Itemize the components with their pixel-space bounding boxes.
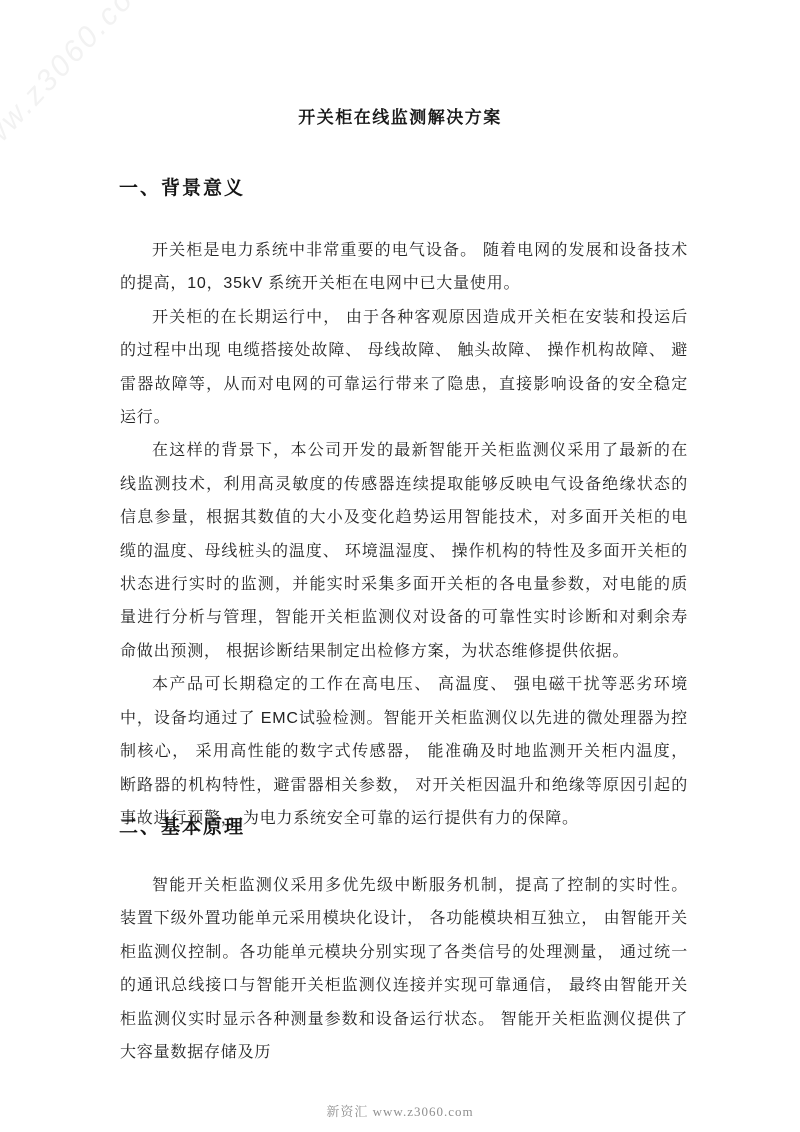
document-title: 开关柜在线监测解决方案 xyxy=(0,103,800,128)
document-page: www.z3060.com 开关柜在线监测解决方案 一、背景意义 开关柜是电力系… xyxy=(0,0,800,1132)
paragraph: 开关柜是电力系统中非常重要的电气设备。 随着电网的发展和设备技术的提高，10，3… xyxy=(120,234,688,301)
paragraph: 在这样的背景下，本公司开发的最新智能开关柜监测仪采用了最新的在线监测技术，利用高… xyxy=(120,434,688,668)
section-heading-principle: 二、基本原理 xyxy=(119,816,245,841)
section-heading-background: 一、背景意义 xyxy=(119,177,245,202)
paragraph: 本产品可长期稳定的工作在高电压、 高温度、 强电磁干扰等恶劣环境中，设备均通过了… xyxy=(120,668,688,835)
section-body-background: 开关柜是电力系统中非常重要的电气设备。 随着电网的发展和设备技术的提高，10，3… xyxy=(120,234,688,835)
footer-watermark: 新资汇 www.z3060.com xyxy=(0,1101,800,1120)
paragraph: 智能开关柜监测仪采用多优先级中断服务机制，提高了控制的实时性。装置下级外置功能单… xyxy=(120,869,688,1069)
section-body-principle: 智能开关柜监测仪采用多优先级中断服务机制，提高了控制的实时性。装置下级外置功能单… xyxy=(120,869,688,1069)
diagonal-corner-watermark: www.z3060.com xyxy=(0,0,217,173)
paragraph: 开关柜的在长期运行中， 由于各种客观原因造成开关柜在安装和投运后的过程中出现 电… xyxy=(120,301,688,435)
